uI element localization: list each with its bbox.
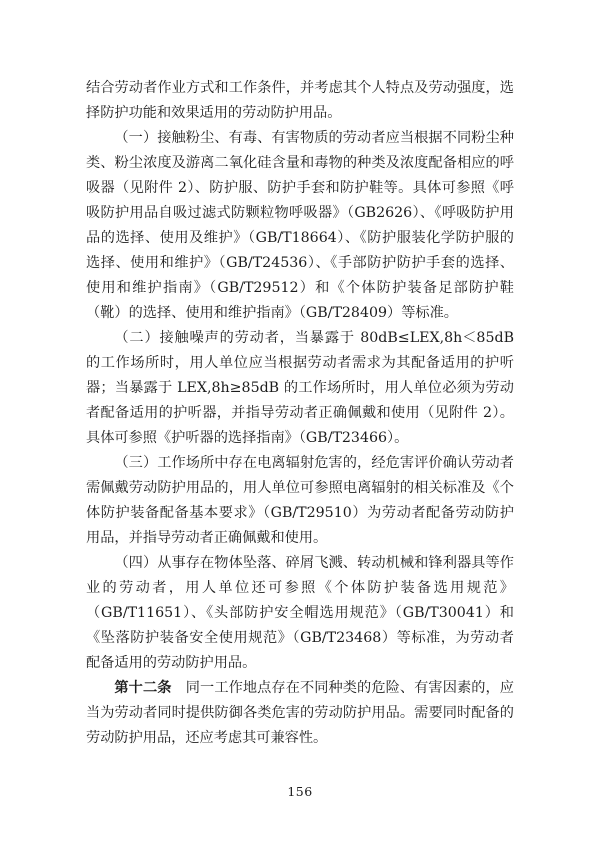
paragraph-item-4: （四）从事存在物体坠落、碎屑飞溅、转动机械和锋利器具等作业的劳动者，用人单位还可… — [86, 551, 514, 676]
paragraph-item-2: （二）接触噪声的劳动者，当暴露于 80dB≤LEX,8h＜85dB 的工作场所时… — [86, 326, 514, 451]
paragraph-item-3: （三）工作场所中存在电离辐射危害的，经危害评价确认劳动者需佩戴劳动防护用品的，用… — [86, 451, 514, 551]
paragraph-article-12: 第十二条 同一工作地点存在不同种类的危险、有害因素的，应当为劳动者同时提供防御各… — [86, 676, 514, 751]
body-text: 结合劳动者作业方式和工作条件，并考虑其个人特点及劳动强度，选择防护功能和效果适用… — [86, 76, 514, 751]
page-number: 156 — [0, 784, 600, 799]
article-number-label: 第十二条 — [114, 680, 171, 696]
document-page: 结合劳动者作业方式和工作条件，并考虑其个人特点及劳动强度，选择防护功能和效果适用… — [0, 0, 600, 848]
paragraph-item-1: （一）接触粉尘、有毒、有害物质的劳动者应当根据不同粉尘种类、粉尘浓度及游离二氧化… — [86, 126, 514, 326]
paragraph-continuation: 结合劳动者作业方式和工作条件，并考虑其个人特点及劳动强度，选择防护功能和效果适用… — [86, 76, 514, 126]
